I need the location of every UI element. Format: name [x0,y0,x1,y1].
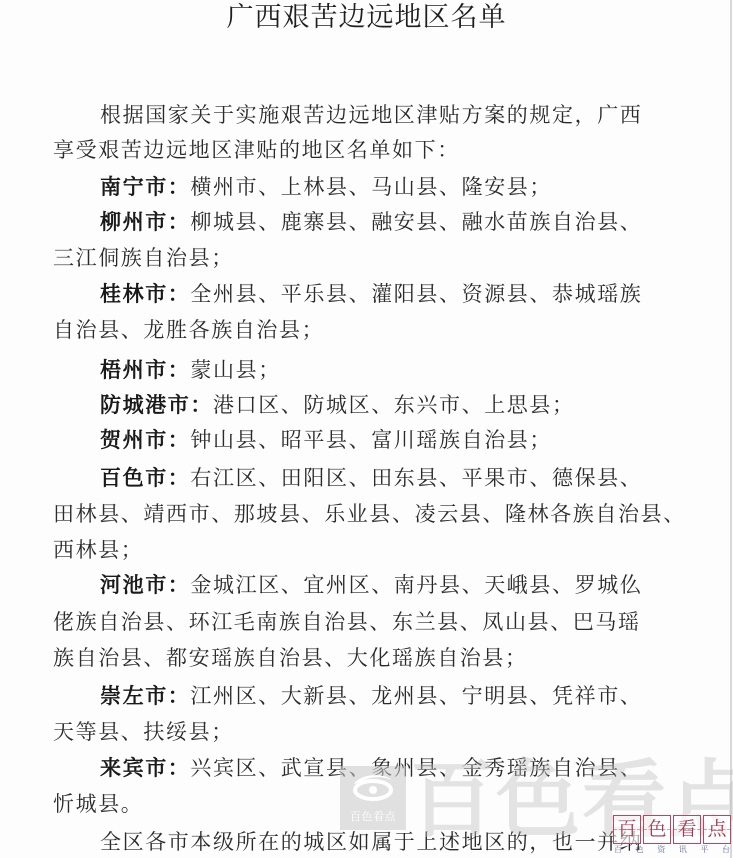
region-line: 防城港市：港口区、防城区、东兴市、上思县； [100,391,575,419]
city-name: 贺州市： [100,428,190,452]
region-line: 忻城县。 [53,790,143,818]
city-name: 百色市： [100,466,190,490]
seal-char: 百 [613,815,641,844]
region-line: 南宁市：横州市、上林县、马山县、隆安县； [100,173,552,201]
city-name: 南宁市： [100,175,190,199]
county-list: 柳城县、鹿寨县、融安县、融水苗族自治县、 [190,210,642,234]
region-line: 自治县、龙胜各族自治县； [53,316,324,344]
brand-seal: 百 色 看 点 [613,815,731,844]
region-line: 梧州市：蒙山县； [100,356,281,384]
swirl-logo-icon [348,770,398,804]
seal-char: 色 [643,815,671,844]
county-list: 钟山县、昭平县、富川瑶族自治县； [190,428,552,452]
region-line: 西林县； [53,536,143,564]
seal-sub-char: 百 [614,844,622,856]
region-line: 贺州市：钟山县、昭平县、富川瑶族自治县； [100,426,552,454]
region-line: 桂林市：全州县、平乐县、灌阳县、资源县、恭城瑶族 [100,280,642,308]
region-line: 河池市：金城江区、宜州区、南丹县、天峨县、罗城仫 [100,571,642,599]
county-list: 忻城县。 [53,792,143,816]
county-list: 港口区、防城区、东兴市、上思县； [213,393,575,417]
region-line: 族自治县、都安瑶族自治县、大化瑶族自治县； [53,644,528,672]
county-list: 蒙山县； [190,358,280,382]
region-line: 三江侗族自治县； [53,244,234,272]
county-list: 右江区、田阳区、田东县、平果市、德保县、 [190,466,642,490]
region-line: 柳州市：柳城县、鹿寨县、融安县、融水苗族自治县、 [100,208,642,236]
watermark-logo-box: 百色看点 [340,766,406,830]
seal-sub-char: 色 [636,844,644,856]
county-list: 江州区、大新县、龙州县、宁明县、凭祥市、 [190,684,642,708]
seal-char: 点 [703,815,731,844]
city-name: 桂林市： [100,282,190,306]
seal-sub-char: 讯 [679,844,687,856]
document-title: 广西艰苦边远地区名单 [0,0,733,36]
county-list: 田林县、靖西市、那坡县、乐业县、凌云县、隆林各族自治县、 [53,502,686,526]
county-list: 三江侗族自治县； [53,246,234,270]
region-line: 天等县、扶绥县； [53,718,234,746]
seal-char: 看 [673,815,701,844]
seal-sub-char: 台 [722,844,730,856]
region-line: 百色市：右江区、田阳区、田东县、平果市、德保县、 [100,464,642,492]
intro-line-2: 享受艰苦边远地区津贴的地区名单如下： [53,136,460,164]
region-line: 田林县、靖西市、那坡县、乐业县、凌云县、隆林各族自治县、 [53,500,686,528]
city-name: 柳州市： [100,210,190,234]
city-name: 崇左市： [100,684,190,708]
county-list: 全州县、平乐县、灌阳县、资源县、恭城瑶族 [190,282,642,306]
city-name: 来宾市： [100,756,190,780]
city-name: 梧州市： [100,358,190,382]
county-list: 自治县、龙胜各族自治县； [53,318,324,342]
county-list: 横州市、上林县、马山县、隆安县； [190,175,552,199]
county-list: 族自治县、都安瑶族自治县、大化瑶族自治县； [53,646,528,670]
county-list: 天等县、扶绥县； [53,720,234,744]
county-list: 佬族自治县、环江毛南族自治县、东兰县、凤山县、巴马瑶 [53,610,641,634]
seal-sub-char: 资 [657,844,665,856]
page-edge-divider [730,0,732,858]
county-list: 金城江区、宜州区、南丹县、天峨县、罗城仫 [190,573,642,597]
seal-subtitle: 百 色 资 讯 平 台 [614,844,730,856]
city-name: 河池市： [100,573,190,597]
seal-sub-char: 平 [700,844,708,856]
city-name: 防城港市： [100,393,213,417]
region-line: 佬族自治县、环江毛南族自治县、东兰县、凤山县、巴马瑶 [53,608,641,636]
watermark-logo-text: 百色看点 [340,810,406,824]
region-line: 崇左市：江州区、大新县、龙州县、宁明县、凭祥市、 [100,682,642,710]
intro-line-1: 根据国家关于实施艰苦边远地区津贴方案的规定，广西 [100,101,642,129]
county-list: 西林县； [53,538,143,562]
